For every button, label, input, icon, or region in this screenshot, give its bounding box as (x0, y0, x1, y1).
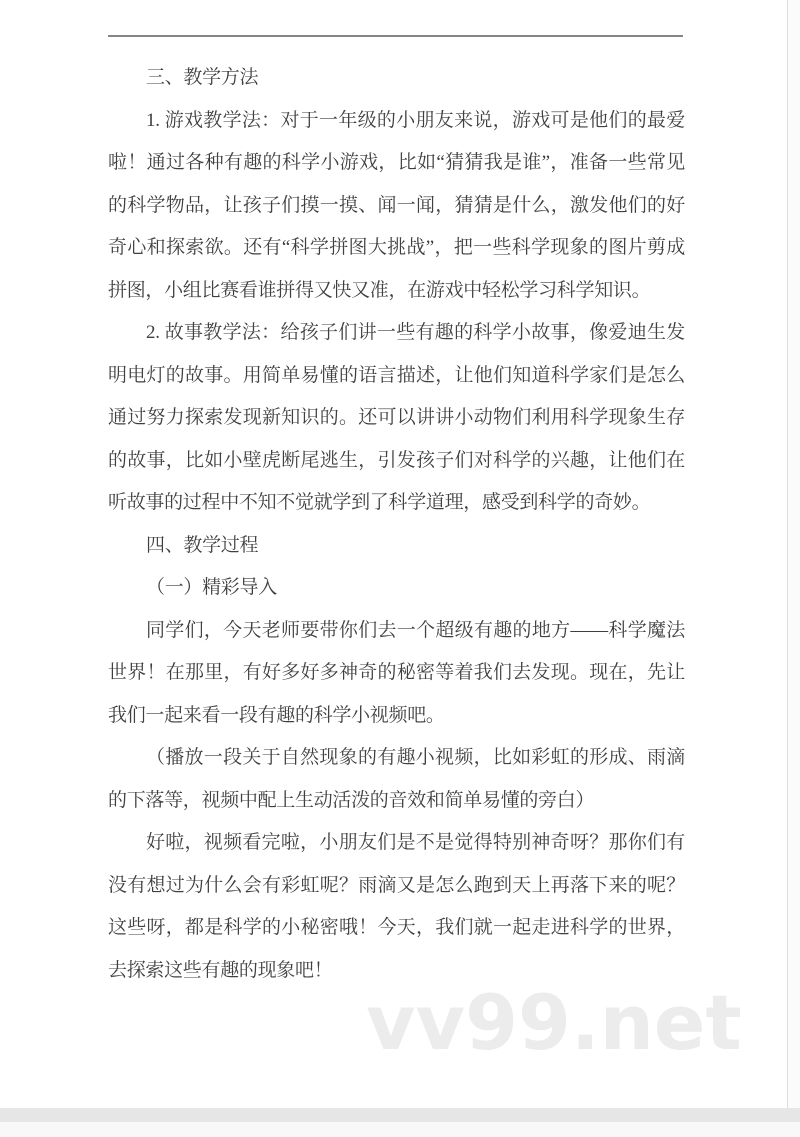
paragraph: 2. 故事教学法：给孩子们讲一些有趣的科学小故事，像爱迪生发明电灯的故事。用简单… (108, 312, 685, 525)
header-rule (108, 35, 683, 37)
section-heading: 四、教学过程 (108, 525, 685, 568)
paragraph: 好啦，视频看完啦，小朋友们是不是觉得特别神奇呀？那你们有没有想过为什么会有彩虹呢… (108, 822, 685, 992)
watermark: vv99.net (366, 985, 742, 1061)
paragraph: 同学们，今天老师要带你们去一个超级有趣的地方——科学魔法世界！在那里，有好多好多… (108, 610, 685, 738)
section-heading: （一）精彩导入 (108, 567, 685, 610)
paragraph: 1. 游戏教学法：对于一年级的小朋友来说，游戏可是他们的最爱啦！通过各种有趣的科… (108, 100, 685, 313)
page-bottom-band (0, 1108, 800, 1122)
page-bottom-gap (0, 1122, 800, 1137)
document-page: 三、教学方法1. 游戏教学法：对于一年级的小朋友来说，游戏可是他们的最爱啦！通过… (0, 0, 788, 1108)
section-heading: 三、教学方法 (108, 57, 685, 100)
paragraph: （播放一段关于自然现象的有趣小视频，比如彩虹的形成、雨滴的下落等，视频中配上生动… (108, 737, 685, 822)
page-right-strip (788, 0, 800, 1108)
document-body: 三、教学方法1. 游戏教学法：对于一年级的小朋友来说，游戏可是他们的最爱啦！通过… (108, 57, 685, 992)
